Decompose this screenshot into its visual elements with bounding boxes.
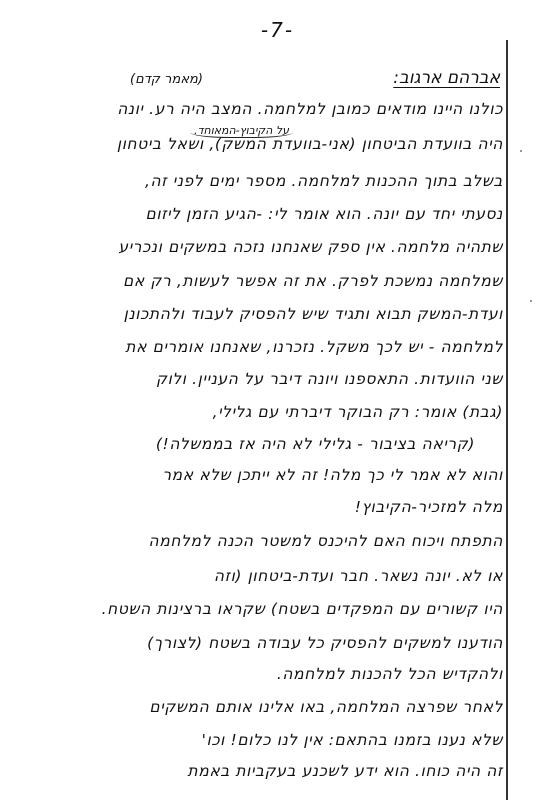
text-line: לאחר שפרצה המלחמה, באו אלינו אותם המשקים [149,698,503,716]
text-line: והוא לא אמר לי כך מלה! זה לא ייתכן שלא א… [162,466,503,484]
header-note: (מאמר קדם) [130,72,203,87]
text-line: ולהקדיש הכל להכנות למלחמה. [277,665,503,683]
text-line: שמלחמה נמשכת לפרק. את זה אפשר לעשות, רק … [123,272,503,290]
text-line: נסעתי יחד עם יונה. הוא אומר לי: -הגיע הז… [146,205,504,223]
margin-line [506,40,508,800]
text-line: בשלב בתוך ההכנות למלחמה. מספר ימים לפני … [145,172,503,190]
text-line: שלא נענו בזמנו בהתאם: אין לנו כלום! וכו' [202,731,503,749]
document-header: אברהם ארגוב: (מאמר קדם) [130,68,500,98]
text-line: התפתח ויכוח האם להיכנס למשטר הכנה למלחמה [149,532,503,550]
text-line: כולנו היינו מודאים כמובן למלחמה. המצב הי… [117,100,503,118]
text-line: (גבת) אומר: רק הבוקר דיברתי עם גלילי, [213,403,503,421]
text-line: או לא. יונה נשאר. חבר ועדת-ביטחון (וזה [214,567,503,585]
text-line: היו קשורים עם המפקדים בשטח) שקראו ברצינו… [102,600,503,618]
text-line: שני הוועדות. התאספנו ויונה דיבר על העניי… [156,370,503,388]
text-line: ועדת-המשק תבוא ותגיד שיש להפסיק לעבוד ול… [124,305,503,323]
text-line: זה היה כוחו. הוא ידע לשכנע בעקביות באמת [187,762,503,780]
scan-speck [520,150,522,152]
author-name: אברהם ארגוב: [393,68,500,88]
text-line: (קריאה בציבור - גלילי לא היה אז בממשלה!) [156,435,475,453]
text-line: הודענו למשקים להפסיק כל עבודה בשטח (לצור… [147,634,503,652]
text-line: שתהיה מלחמה. אין ספק שאנחנו נזכה במשקים … [118,238,503,256]
text-line: למלחמה - יש לכך משקל. נזכרנו, שאנחנו אומ… [125,338,503,356]
page-number: -7- [0,18,555,42]
text-line: היה בוועדת הביטחון (אני-בוועדת המשק), וש… [117,135,503,153]
text-line: מלה למזכיר-הקיבוץ! [355,498,503,516]
scan-speck [530,300,532,302]
